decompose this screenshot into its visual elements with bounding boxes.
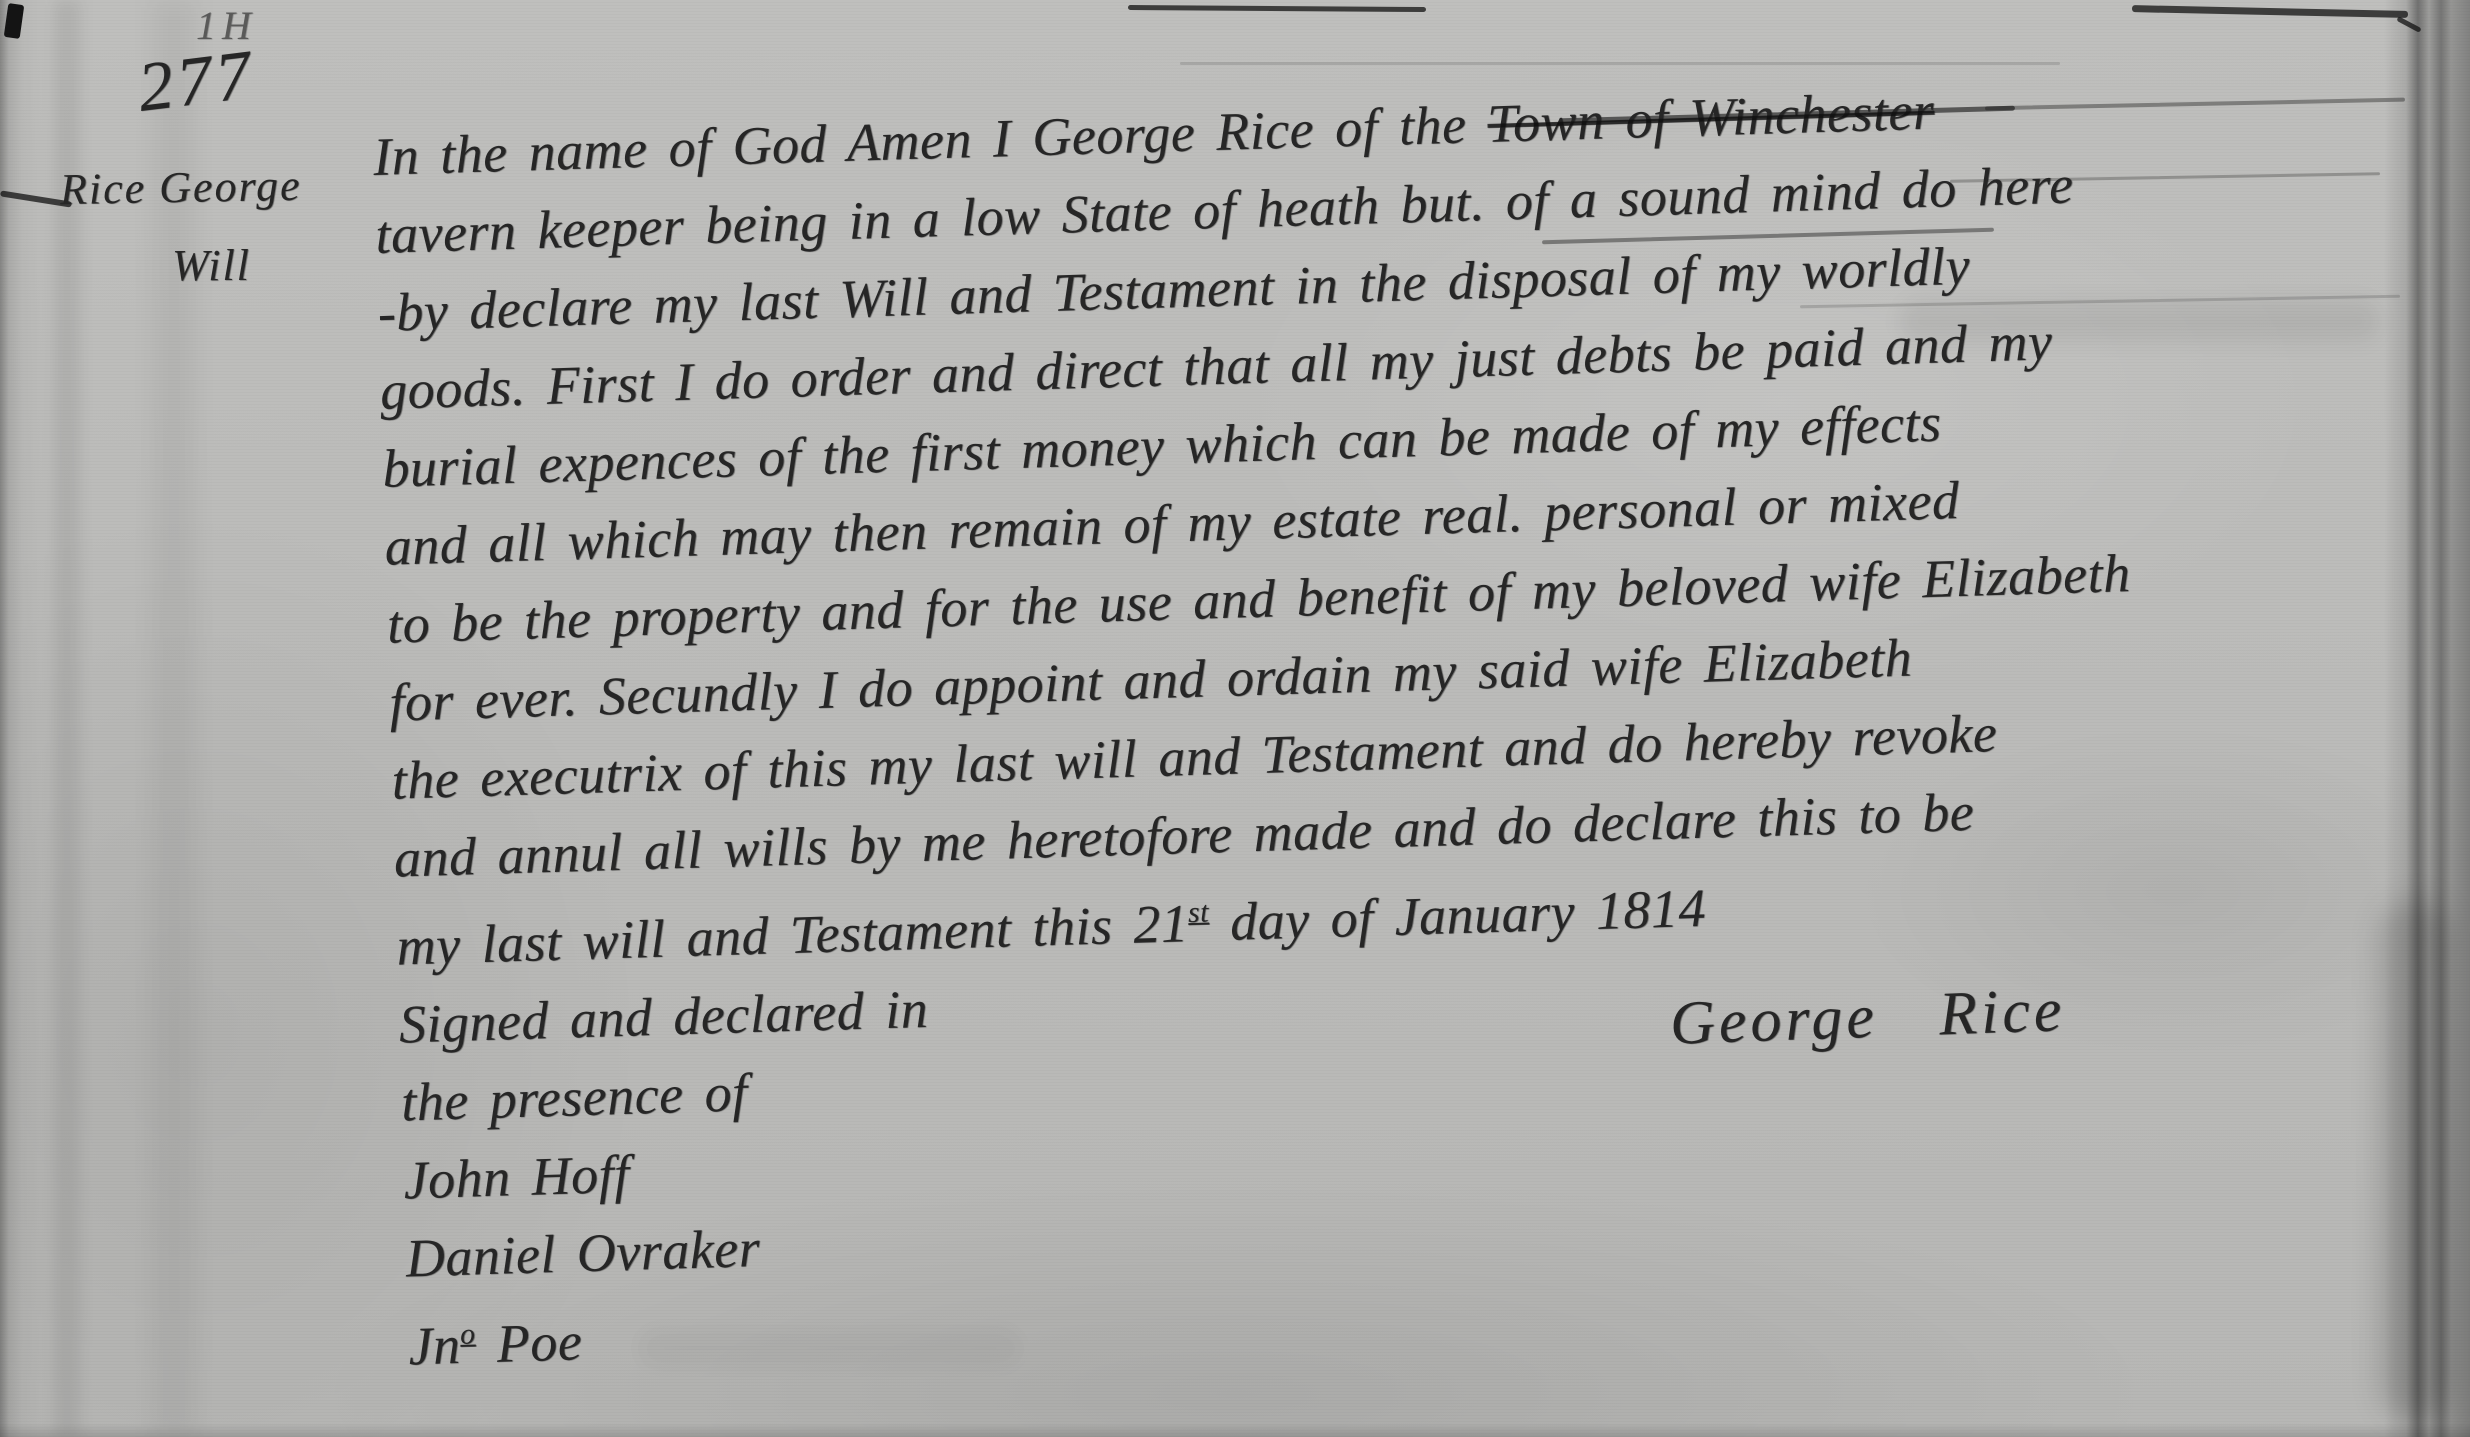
left-edge-shadow: [0, 0, 95, 1437]
binding-fold-shadow: [152, 0, 196, 1437]
scratch-streak: [1128, 5, 1426, 12]
scratch-streak: [1180, 62, 2060, 65]
date-text: my last will and Testament this 21: [396, 893, 1189, 976]
margin-index-name: Rice George: [60, 160, 302, 215]
margin-index-doc-type: Will: [172, 240, 251, 291]
witness-name-text: Poe: [475, 1311, 583, 1374]
witness-superscript: o: [460, 1318, 476, 1350]
struck-phrase: Town of Winchester: [1486, 81, 1935, 154]
bottom-edge-shadow: [0, 1423, 2470, 1437]
will-body-text: In the name of God Amen I George Rice of…: [372, 57, 2468, 1376]
witness-name-text: Jn: [408, 1315, 462, 1377]
date-text: day of January 1814: [1208, 878, 1706, 953]
page-number: 277: [134, 35, 260, 129]
testator-signature: George Rice: [1669, 975, 2067, 1060]
scanned-will-page: 1H 277 Rice George Will In the name of G…: [0, 0, 2470, 1437]
scratch-streak: [2132, 5, 2408, 18]
date-superscript: st: [1188, 897, 1210, 930]
